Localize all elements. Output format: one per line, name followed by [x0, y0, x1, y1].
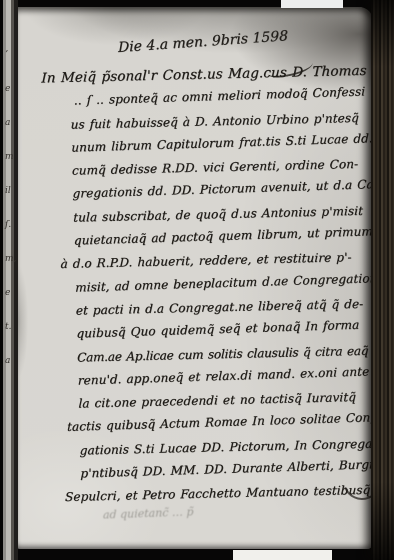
book-fore-edge: [371, 0, 394, 560]
gutter-bleed-marks: ʼeamilſ.m,et.a: [5, 38, 13, 378]
text-block: In Meiq̃ p̃sonal'r Const.us Mag.cus D. T…: [57, 58, 373, 510]
manuscript-page: Die 4.a men. 9bris 1598 In Meiq̃ p̃sonal…: [15, 7, 373, 549]
manuscript-photo: ʼeamilſ.m,et.a Die 4.a men. 9bris 1598 I…: [0, 0, 394, 560]
bottom-label-strip: [233, 550, 332, 560]
book-gutter: ʼeamilſ.m,et.a: [0, 0, 18, 560]
top-tab-marker: [281, 0, 343, 8]
bleedthrough-ghost-line: ad quietanc̃ … p̃: [103, 505, 194, 521]
header-date: Die 4.a men. 9bris 1598: [118, 28, 288, 56]
